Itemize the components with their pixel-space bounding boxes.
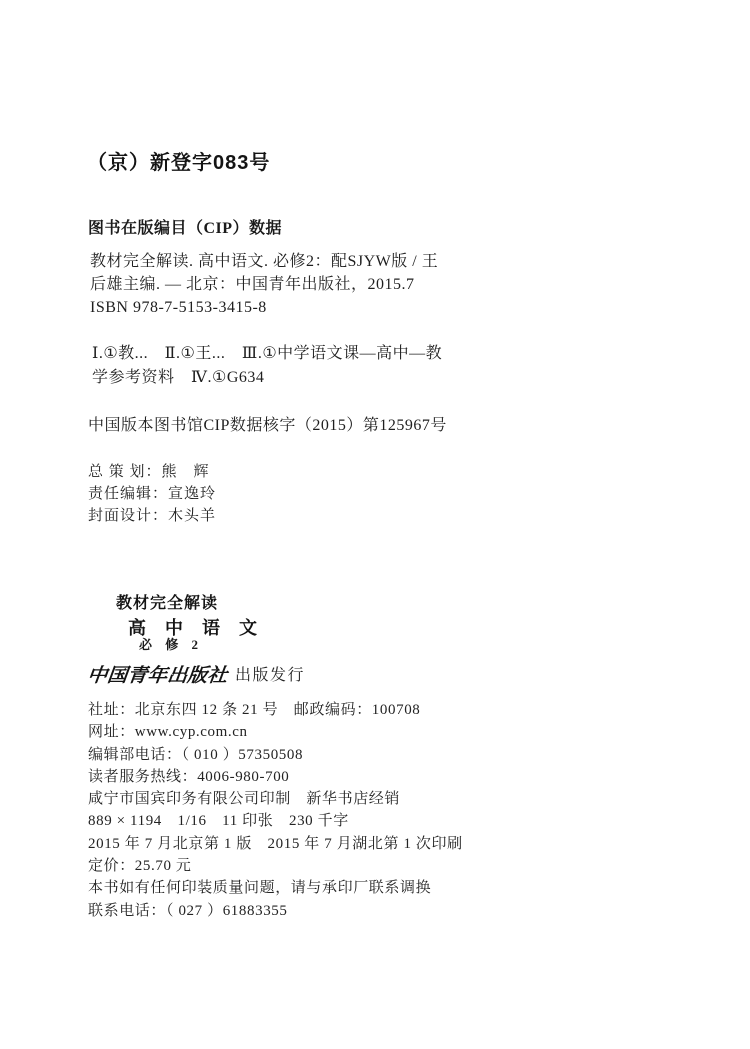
book-subtitle: 必 修 2 xyxy=(139,634,203,653)
cip-classification-line: 学参考资料 Ⅳ.①G634 xyxy=(92,366,442,390)
cip-classification: Ⅰ.①教... Ⅱ.①王... Ⅲ.①中学语文课—高中—教 学参考资料 Ⅳ.①G… xyxy=(92,342,442,390)
colophon-line-contact-phone: 联系电话：（ 027 ）61883355 xyxy=(88,900,463,922)
colophon-line-printer-distributor: 咸宁市国宾印务有限公司印制 新华书店经销 xyxy=(88,788,463,810)
colophon-line-edition-printing: 2015 年 7 月北京第 1 版 2015 年 7 月湖北第 1 次印刷 xyxy=(88,833,463,855)
isbn-line: ISBN 978-7-5153-3415-8 xyxy=(90,296,438,319)
colophon-line-address: 社址：北京东四 12 条 21 号 邮政编码：100708 xyxy=(88,699,463,721)
book-series-title: 教材完全解读 xyxy=(116,590,218,613)
cip-heading: 图书在版编目（CIP）数据 xyxy=(88,215,282,238)
credit-line-chief-planner: 总 策 划：熊 辉 xyxy=(88,461,216,483)
publisher-action-text: 出版发行 xyxy=(235,662,305,685)
credit-line-cover-designer: 封面设计：木头羊 xyxy=(88,505,216,527)
cip-description-line: 教材完全解读. 高中语文. 必修2：配SJYW版 / 王 xyxy=(90,250,438,273)
colophon-line-price: 定价：25.70 元 xyxy=(88,855,463,877)
publisher-line: 中国青年出版社出版发行 xyxy=(86,658,305,687)
colophon-line-website: 网址：www.cyp.com.cn xyxy=(88,721,463,743)
cip-record-number: 中国版本图书馆CIP数据核字（2015）第125967号 xyxy=(88,412,447,435)
colophon-block: 社址：北京东四 12 条 21 号 邮政编码：100708 网址：www.cyp… xyxy=(88,699,463,922)
colophon-line-editorial-phone: 编辑部电话：（ 010 ）57350508 xyxy=(88,744,463,766)
registration-number: （京）新登字083号 xyxy=(87,146,270,175)
cip-description: 教材完全解读. 高中语文. 必修2：配SJYW版 / 王 后雄主编. — 北京：… xyxy=(90,250,438,319)
copyright-page: （京）新登字083号 图书在版编目（CIP）数据 教材完全解读. 高中语文. 必… xyxy=(0,0,750,1049)
colophon-line-reader-hotline: 读者服务热线：4006-980-700 xyxy=(88,766,463,788)
credit-line-responsible-editor: 责任编辑：宣逸玲 xyxy=(88,483,216,505)
colophon-line-quality-notice: 本书如有任何印装质量问题，请与承印厂联系调换 xyxy=(88,877,463,899)
cip-classification-line: Ⅰ.①教... Ⅱ.①王... Ⅲ.①中学语文课—高中—教 xyxy=(92,342,442,366)
credits-block: 总 策 划：熊 辉 责任编辑：宣逸玲 封面设计：木头羊 xyxy=(88,461,216,527)
publisher-logo: 中国青年出版社 xyxy=(86,659,229,687)
colophon-line-format-sheets: 889 × 1194 1/16 11 印张 230 千字 xyxy=(88,810,463,832)
cip-description-line: 后雄主编. — 北京：中国青年出版社，2015.7 xyxy=(90,273,438,296)
